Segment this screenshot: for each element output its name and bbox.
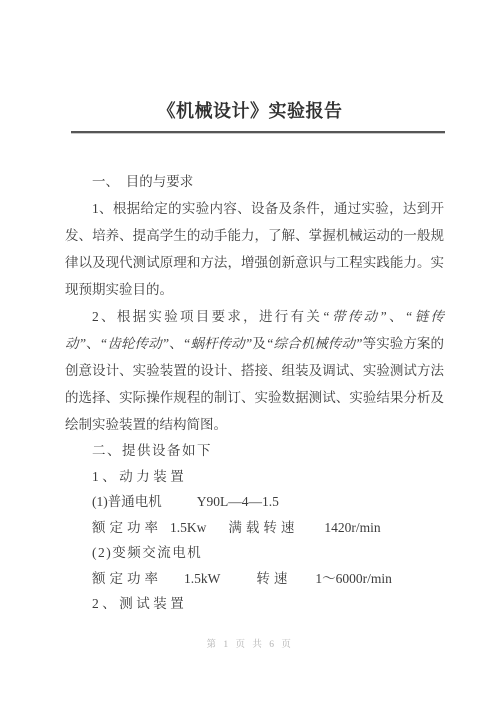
section1-paragraph-1: 1、根据给定的实验内容、设备及条件，通过实验，达到开发、培养、提高学生的动手能力… [65,195,444,303]
section1-heading: 一、 目的与要求 [65,168,444,195]
speed-label: 转速 [256,571,291,586]
motor2-spec-line: 额定功率1.5kW转速1～6000r/min [65,566,444,592]
separator: 、 [86,336,100,351]
rated-power-label: 额定功率 [92,520,162,535]
motor1-line: (1)普通电机Y90L—4—1.5 [65,489,444,515]
test-device-heading: 2、测试装置 [65,591,444,617]
separator: 及 [252,336,266,351]
motor1-model: Y90L—4—1.5 [197,494,279,509]
separator: 、 [169,336,183,351]
page-footer: 第 1 页 共 6 页 [0,636,500,650]
document-page: 《机械设计》实验报告 一、 目的与要求 1、根据给定的实验内容、设备及条件，通过… [0,0,500,707]
rated-power-label: 额定功率 [92,571,162,586]
rated-power-value: 1.5kW [184,571,220,586]
motor2-label: (2)变频交流电机 [65,540,444,566]
document-body: 一、 目的与要求 1、根据给定的实验内容、设备及条件，通过实验，达到开发、培养、… [65,168,444,617]
power-device-heading: 1、动力装置 [65,464,444,490]
paragraph-2-text: 2、根据实验项目要求，进行有关 [92,309,322,324]
title-divider [71,131,445,134]
full-load-speed-value: 1420r/min [324,520,380,535]
page-number-indicator: 第 1 页 共 6 页 [207,640,294,650]
rated-power-value: 1.5Kw [170,520,206,535]
speed-value: 1～6000r/min [315,571,392,586]
section1-paragraph-2: 2、根据实验项目要求，进行有关“带传动”、“链传动”、“齿轮传动”、“蜗杆传动”… [65,303,444,438]
section2-heading: 二、提供设备如下 [65,438,444,464]
equipment-section: 二、提供设备如下 1、动力装置 (1)普通电机Y90L—4—1.5 额定功率1.… [65,438,444,617]
term-combined-drive: “综合机械传动” [266,336,363,351]
motor1-spec-line: 额定功率1.5Kw满载转速1420r/min [65,515,444,541]
motor1-label: (1)普通电机 [92,494,162,509]
term-gear-drive: “齿轮传动” [100,336,169,351]
term-worm-drive: “蜗杆传动” [183,336,252,351]
separator: 、 [387,309,405,324]
page-title: 《机械设计》实验报告 [0,97,500,123]
full-load-speed-label: 满载转速 [228,520,298,535]
term-belt-drive: “带传动” [322,309,387,324]
